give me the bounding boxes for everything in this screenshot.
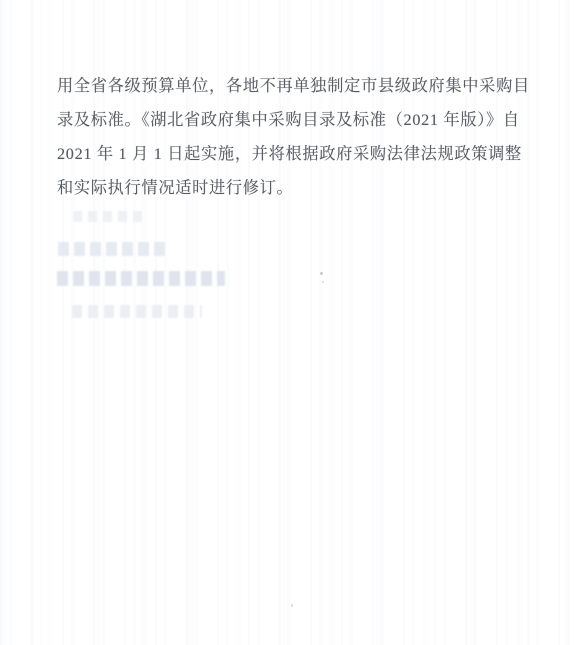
- text-line-4: 和实际执行情况适时进行修订。: [57, 171, 535, 205]
- text-line-3: 2021 年 1 月 1 日起实施，并将根据政府采购法律法规政策调整: [57, 137, 535, 171]
- paper-speck: [291, 604, 293, 607]
- bleed-through-ghost-line-1: [73, 211, 143, 222]
- bleed-through-ghost-line-2: [58, 242, 170, 256]
- text-line-1: 用全省各级预算单位，各地不再单独制定市县级政府集中采购目: [57, 69, 535, 103]
- text-line-2: 录及标准。《湖北省政府集中采购目录及标准（2021 年版）》自: [57, 103, 535, 137]
- paper-speck: [320, 272, 323, 275]
- paper-speck: [322, 281, 324, 283]
- scanned-page: 用全省各级预算单位，各地不再单独制定市县级政府集中采购目 录及标准。《湖北省政府…: [0, 0, 588, 645]
- body-paragraph: 用全省各级预算单位，各地不再单独制定市县级政府集中采购目 录及标准。《湖北省政府…: [57, 69, 535, 205]
- bleed-through-ghost-line-4: [72, 305, 202, 318]
- bleed-through-ghost-line-3: [57, 271, 225, 286]
